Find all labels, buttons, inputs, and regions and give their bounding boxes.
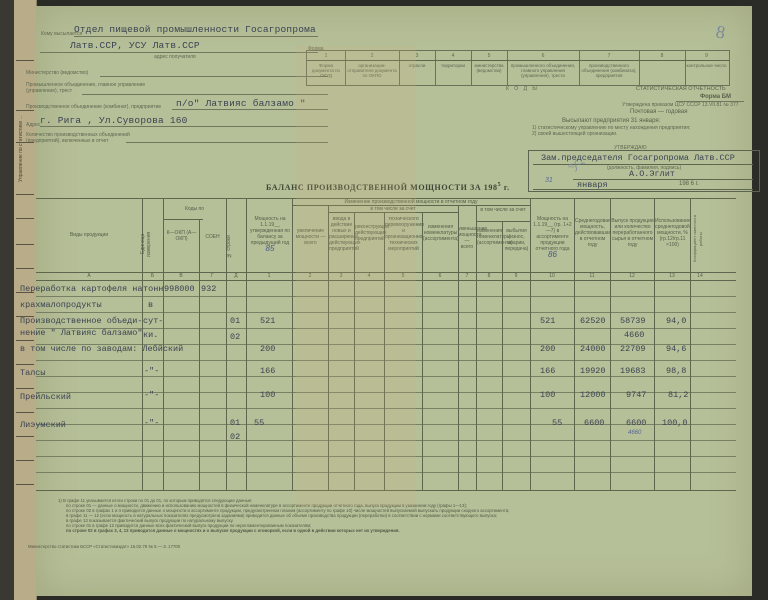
header-capacity-end-text: Мощность на 1.1.19__ (гр. 1+2—7) в ассор… — [533, 216, 571, 252]
codes-cell: 3отрасли — [399, 51, 436, 85]
codes-col-number: 8 — [639, 53, 685, 59]
header-retire: выбытия (износ, аварии, передача) — [503, 228, 530, 252]
submit-item-2: 2) своей вышестоящей организации. — [532, 131, 618, 137]
codes-cell: 2организации-отправителя документа по ОК… — [345, 51, 400, 85]
cell-capacity-start: 100 — [260, 390, 275, 400]
ministry-label: Министерство (ведомство) — [26, 70, 88, 76]
cell-output: 19683 — [620, 366, 646, 376]
col-divider — [354, 212, 355, 490]
cell-row-number: 01 — [230, 316, 240, 326]
col-divider — [476, 205, 477, 490]
association-field-line — [82, 94, 328, 95]
spine-rule — [16, 388, 34, 389]
spine-rule — [16, 340, 34, 341]
cell-capacity-end: 200 — [540, 344, 555, 354]
cell-output: 4660 — [624, 330, 644, 340]
colnum: 11 — [574, 273, 610, 279]
colnum: 14 — [690, 273, 710, 279]
title-text: БАЛАНС ПРОИЗВОДСТВЕННОЙ МОЩНОСТИ ЗА 198 — [266, 183, 498, 192]
codes-cell: 5министерства (ведомства) — [471, 51, 508, 85]
header-soen: СОЕН — [199, 234, 226, 240]
underline — [40, 52, 318, 53]
codes-col-number: 6 — [507, 53, 579, 59]
addressee-caption: адрес получателя — [154, 54, 196, 60]
header-output: Выпуск продукции или количество перерабо… — [611, 218, 654, 248]
codes-cell: 6промышленного объединения, главного упр… — [507, 51, 580, 85]
header-reconstruct: реконструкции действующих предприятий — [355, 224, 384, 242]
row-rule — [36, 456, 736, 457]
approval-year: 198 6 г. — [679, 181, 699, 188]
spine-rule — [16, 110, 34, 111]
cell-output-note: 4660 — [628, 430, 641, 436]
spine-rule — [16, 194, 34, 195]
cell-output: 9747 — [626, 390, 646, 400]
row-rule — [36, 360, 736, 361]
header-incl-group-b: в том числе за счет — [476, 207, 530, 213]
spine-rule — [16, 484, 34, 485]
incl-group-a-rule — [328, 212, 458, 213]
underline — [172, 109, 328, 110]
mail-type: Почтовая — годовая — [630, 109, 688, 116]
codes-col-label: производственного объединения (комбината… — [580, 63, 638, 78]
colnum: Г — [199, 273, 226, 279]
codes-col-label: территории — [436, 63, 470, 68]
cell-avg-capacity: 62520 — [580, 316, 606, 326]
address-label: Адрес — [26, 122, 40, 128]
cell-unit: в — [148, 300, 153, 310]
cell-capacity-start: 55 — [254, 418, 264, 428]
cell-k-okp: 998000 — [164, 284, 195, 294]
cell-unit: тонн — [143, 284, 163, 294]
cell-capacity-end: 521 — [540, 316, 555, 326]
cell-utilization: 81,2 — [668, 390, 688, 400]
row-rule — [36, 440, 736, 441]
codes-col-label: контрольное число — [686, 63, 727, 68]
cell-output: 58739 — [620, 316, 646, 326]
title-year-suffix: 5 — [498, 182, 502, 188]
header-capacity-start-year: 85 — [266, 244, 275, 253]
colnum: Б — [142, 273, 163, 279]
cell-product: Прейльский — [20, 392, 71, 402]
codes-col-label: промышленного объединения, главного упра… — [508, 63, 578, 78]
corner-pencil-mark: 8 — [714, 21, 727, 43]
cell-capacity-start: 521 — [260, 316, 275, 326]
header-incl-group-a: в том числе за счет — [328, 206, 458, 212]
statistical-form-page: 8 Кому высылается Отдел пищевой промышле… — [36, 6, 752, 596]
colnum: 8 — [476, 273, 502, 279]
approval-box: Зам.председателя Госагропрома Латв.ССР (… — [528, 150, 760, 192]
codes-col-number: 2 — [345, 53, 399, 59]
colnum: 13 — [654, 273, 690, 279]
cell-output: 6600 — [626, 418, 646, 428]
header-techre: технического перевооружения и организаци… — [385, 216, 422, 252]
form-number: Форма БМ — [700, 94, 731, 101]
codes-col-number: 5 — [471, 53, 507, 59]
cell-avg-capacity: 12000 — [580, 390, 606, 400]
cell-unit: -"- — [144, 418, 159, 428]
enterprise-label: Производственное объединение (комбинат),… — [26, 104, 161, 110]
cell-capacity-start: 166 — [260, 366, 275, 376]
colnum: 10 — [530, 273, 574, 279]
header-capacity-end: Мощность на 1.1.19__ (гр. 1+2—7) в ассор… — [531, 216, 574, 259]
approval-day: 31 — [545, 177, 553, 184]
cell-row-number: 01 — [230, 418, 240, 428]
cell-capacity-start: 200 — [260, 344, 275, 354]
approved-by: Утверждена приказом ЦСУ СССР 13.VII.81 №… — [622, 102, 739, 108]
header-capacity-end-year: 86 — [548, 250, 557, 259]
incl-group-b-rule — [476, 221, 530, 222]
colnum: 5 — [384, 273, 422, 279]
colnum: 4 — [354, 273, 384, 279]
title-g: г. — [504, 183, 510, 192]
cell-product: Производственное объеди- — [20, 316, 142, 326]
book-binding — [0, 0, 14, 600]
cell-unit: ки. — [143, 330, 158, 340]
cell-unit: сут- — [143, 316, 163, 326]
cell-utilization: 94,6 — [666, 344, 686, 354]
addressee-line-1: Отдел пищевой промышленности Госагропром… — [74, 24, 316, 35]
underline — [40, 126, 328, 127]
cell-avg-capacity: 6600 — [584, 418, 604, 428]
document-title: БАЛАНС ПРОИЗВОДСТВЕННОЙ МОЩНОСТИ ЗА 1985… — [266, 182, 510, 192]
col-divider — [384, 212, 385, 490]
page-edge-shadow — [752, 0, 768, 600]
codes-cell: 1Форма документа по ОКУД — [307, 51, 346, 85]
codes-group-rule — [163, 219, 203, 220]
colnum: 6 — [422, 273, 458, 279]
cell-utilization: 94,0 — [666, 316, 686, 326]
cell-product: крахмалопродукты — [20, 300, 102, 310]
cell-utilization: 100,0 — [662, 418, 688, 428]
spine-rule — [16, 60, 34, 61]
codes-caption: К О Д Ы — [506, 86, 539, 92]
col-divider — [199, 219, 200, 490]
cell-row-number: 02 — [230, 332, 240, 342]
footnote: по строке 02 в графах 3, 4, 13 приводитс… — [66, 528, 400, 533]
cell-product: в том числе по заводам: Лебйский — [20, 344, 183, 354]
spine-rule — [16, 436, 34, 437]
header-increase-total: увеличение мощности — всего — [293, 228, 328, 246]
header-new-build: ввода в действие новых и расширения дейс… — [329, 216, 354, 252]
codes-col-number: 1 — [307, 53, 345, 59]
codes-col-label: Форма документа по ОКУД — [308, 63, 344, 78]
header-codes-group: Коды по — [163, 206, 226, 212]
row-rule — [36, 296, 736, 297]
count-field-line — [126, 142, 328, 143]
cell-utilization: 98,8 — [666, 366, 686, 376]
col-divider — [502, 221, 503, 490]
codes-col-number: 4 — [435, 53, 471, 59]
codes-col-label: министерства (ведомства) — [472, 63, 506, 73]
cell-product: Переработка картофеля на — [20, 284, 142, 294]
spine-rule — [16, 412, 34, 413]
approval-name: А.О.Эглит — [629, 169, 675, 179]
codes-col-label: организации-отправителя документа по ОКП… — [346, 63, 398, 78]
submit-title: Высылают предприятия 31 января: — [562, 118, 660, 125]
header-other-increase: изменения номенклатуры (ассортимента) — [423, 224, 458, 242]
colnum: 2 — [292, 273, 328, 279]
reporting-label: СТАТИСТИЧЕСКАЯ ОТЧЕТНОСТЬ — [636, 86, 726, 93]
table-colnum-bottom — [36, 280, 736, 281]
colnum: 9 — [502, 273, 530, 279]
underline — [74, 36, 318, 37]
enterprise-value: п/о" Латвияс балзамо " — [176, 98, 306, 109]
spine-rule — [16, 244, 34, 245]
codes-col-label: отрасли — [400, 63, 434, 68]
address-value: г. Рига , Ул.Суворова 160 — [40, 115, 188, 126]
association-label: Промышленное объединение, главное управл… — [26, 82, 156, 94]
col-divider — [422, 212, 423, 490]
cell-avg-capacity: 19920 — [580, 366, 606, 376]
colnum: А — [36, 273, 142, 279]
spine-rule — [16, 268, 34, 269]
row-rule — [36, 408, 736, 409]
colnum: 3 — [328, 273, 354, 279]
ministry-field-line — [100, 76, 328, 77]
row-rule — [36, 472, 736, 473]
header-k-okp: К—ОКП (А—ОКП) — [164, 230, 199, 242]
codes-col-number: 9 — [685, 53, 728, 59]
cell-capacity-end: 55 — [552, 418, 562, 428]
codes-rule — [307, 60, 729, 61]
cell-capacity-end: 166 — [540, 366, 555, 376]
codes-table: 1Форма документа по ОКУД 2организации-от… — [306, 50, 730, 86]
header-shift-coefficient: Коэффициент сменности работы — [692, 212, 708, 266]
underline — [533, 189, 753, 190]
row-rule — [36, 312, 736, 313]
header-product: Виды продукции — [36, 232, 142, 238]
row-rule — [36, 376, 736, 377]
cell-avg-capacity: 24000 — [580, 344, 606, 354]
codes-col-number: 3 — [399, 53, 435, 59]
codes-col-number: 7 — [579, 53, 639, 59]
cell-unit: -"- — [144, 366, 159, 376]
colnum: Д — [226, 273, 246, 279]
colnum: В — [163, 273, 199, 279]
codes-cell: 4территории — [435, 51, 472, 85]
header-avg-capacity: Среднегодовая мощность, действовавшая в … — [575, 218, 610, 248]
addressee-line-2: Латв.ССР, УСУ Латв.ССР — [70, 40, 200, 51]
spine-rule — [16, 460, 34, 461]
cell-product: нение " Латвияс балзамо" — [20, 328, 142, 338]
cell-product: Талсы — [20, 368, 46, 378]
cell-soen: 932 — [201, 284, 216, 294]
codes-cell: 8 — [639, 51, 686, 85]
cell-row-number: 02 — [230, 432, 240, 442]
printer-note: Министерство статистики БССР «Статистики… — [28, 544, 180, 549]
table-bottom-rule — [36, 490, 736, 491]
cell-unit: -"- — [144, 390, 159, 400]
spine-rule — [16, 364, 34, 365]
header-unit: Единица измерения — [140, 224, 164, 264]
codes-cell: 9контрольное число — [685, 51, 728, 85]
cell-capacity-end: 100 — [540, 390, 555, 400]
colnum: 7 — [458, 273, 476, 279]
colnum: 12 — [610, 273, 654, 279]
header-decrease-total: уменьшение мощности — всего — [458, 226, 476, 250]
header-change-nomenclature: изменения номенклатуры (ассортимента) — [477, 228, 502, 246]
cell-product: Лиэумский — [20, 420, 66, 430]
header-changes-group: Изменение производственной мощности в от… — [292, 199, 530, 205]
colnum: 1 — [246, 273, 292, 279]
cell-output: 22709 — [620, 344, 646, 354]
header-row-number: № строки — [226, 232, 246, 262]
header-utilization: Использование среднегодовой мощности, % … — [655, 218, 690, 248]
header-capacity-start: Мощность на 1.1.19__ утвержденная по бал… — [248, 216, 292, 253]
header-capacity-start-text: Мощность на 1.1.19__ утвержденная по бал… — [250, 216, 290, 246]
spine-rule — [16, 218, 34, 219]
codes-cell: 7производственного объединения (комбинат… — [579, 51, 640, 85]
